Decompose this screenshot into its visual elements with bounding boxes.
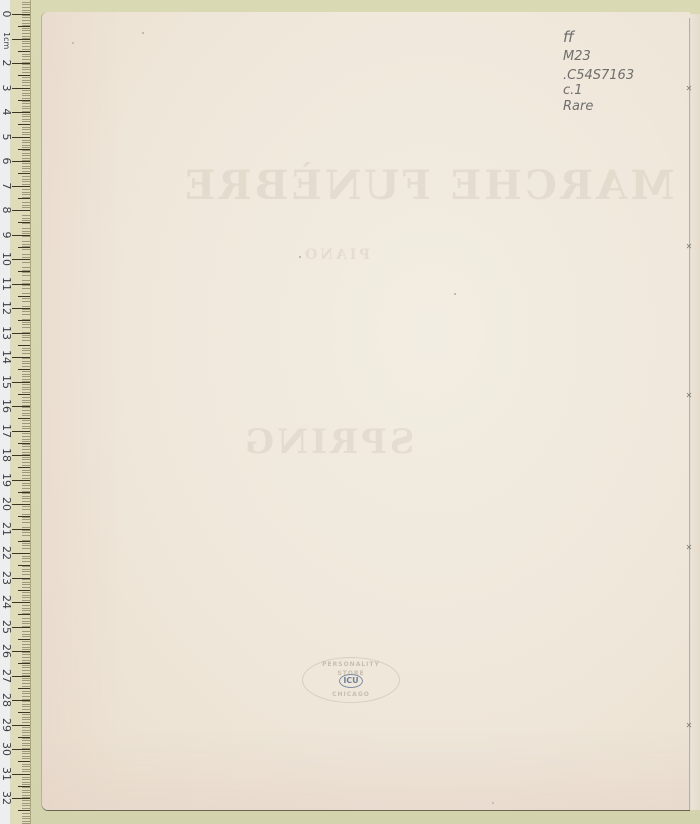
ruler-half-cm-tick [18, 590, 30, 591]
page-binding-edge [690, 14, 700, 810]
ruler-number: 27 [0, 669, 13, 683]
ruler-cm-tick [12, 88, 30, 89]
ruler-half-cm-tick [18, 541, 30, 542]
ruler-cm-tick [12, 382, 30, 383]
ruler-half-cm-tick [18, 639, 30, 640]
ruler-number: 25 [0, 620, 13, 634]
ruler-number: 14 [0, 350, 13, 364]
ruler-cm-tick [12, 578, 30, 579]
ruler-half-cm-tick [18, 271, 30, 272]
note-m23: M23 [563, 47, 634, 66]
ruler-number: 26 [0, 644, 13, 658]
stitch-mark: ✕ [684, 393, 694, 399]
show-through-subtitle: PIANO [302, 247, 370, 263]
ruler-number: 3 [0, 81, 13, 95]
ruler-half-cm-tick [18, 467, 30, 468]
ruler-number: 2 [0, 56, 13, 70]
ruler-cm-tick [12, 406, 30, 407]
stitch-mark: ✕ [684, 723, 694, 729]
ruler-half-cm-tick [18, 663, 30, 664]
show-through-composer: SPRING [242, 422, 414, 462]
ruler-half-cm-tick [18, 492, 30, 493]
ruler-cm-tick [12, 210, 30, 211]
ruler-cm-tick [12, 357, 30, 358]
ruler-cm-tick [12, 14, 30, 15]
handwritten-call-number: ff M23 .C54S7163 c.1 Rare [563, 28, 634, 116]
ruler-half-cm-tick [18, 688, 30, 689]
ruler-cm-tick [12, 235, 30, 236]
ruler-cm-tick [12, 676, 30, 677]
ruler-number: 17 [0, 424, 13, 438]
ruler-half-cm-tick [18, 786, 30, 787]
ruler-number: 31 [0, 767, 13, 781]
ruler-half-cm-tick [18, 761, 30, 762]
ruler-half-cm-tick [18, 443, 30, 444]
ruler-cm-tick [12, 431, 30, 432]
paper-speck [299, 256, 301, 258]
ruler-cm-tick [12, 774, 30, 775]
measurement-ruler: 01cm234567891011121314151617181920212223… [0, 0, 31, 824]
ruler-number: 22 [0, 546, 13, 560]
ruler-cm-tick [12, 112, 30, 113]
ruler-half-cm-tick [18, 222, 30, 223]
ruler-number: 13 [0, 326, 13, 340]
stitch-mark: ✕ [684, 244, 694, 250]
ruler-number: 4 [0, 105, 13, 119]
ruler-cm-tick [12, 455, 30, 456]
ruler-half-cm-tick [18, 810, 30, 811]
dealer-stamp: PERSONALITY STORE ICU CHICAGO [302, 657, 400, 703]
paper-speck [492, 802, 494, 804]
ruler-number: 32 [0, 791, 13, 805]
ruler-number: 10 [0, 252, 13, 266]
ruler-half-cm-tick [18, 394, 30, 395]
stamp-icu-badge: ICU [339, 674, 363, 688]
ruler-cm-tick [12, 627, 30, 628]
ruler-half-cm-tick [18, 320, 30, 321]
show-through-title: MARCHE FUNÈBRE [182, 162, 674, 209]
stitch-mark: ✕ [684, 86, 694, 92]
ruler-half-cm-tick [18, 345, 30, 346]
ruler-number: 5 [0, 130, 13, 144]
ruler-number: 6 [0, 154, 13, 168]
ruler-number: 11 [0, 277, 13, 291]
ruler-number: 29 [0, 718, 13, 732]
ruler-half-cm-tick [18, 75, 30, 76]
ruler-half-cm-tick [18, 198, 30, 199]
ruler-number: 0 [0, 7, 13, 21]
ruler-number: 9 [0, 228, 13, 242]
stamp-bottom-text: CHICAGO [303, 691, 399, 698]
stamp-top-text: PERSONALITY [303, 661, 399, 668]
ruler-cm-tick [12, 63, 30, 64]
note-ff: ff [563, 28, 634, 47]
paper-speck [72, 42, 74, 44]
ruler-cm-tick [12, 798, 30, 799]
ruler-number: 15 [0, 375, 13, 389]
ruler-cm-tick [12, 284, 30, 285]
ruler-cm-tick [12, 725, 30, 726]
binding-thread [689, 18, 691, 810]
ruler-cm-tick [12, 504, 30, 505]
ruler-number: 21 [0, 522, 13, 536]
ruler-number: 1cm [0, 32, 13, 46]
ruler-number: 18 [0, 448, 13, 462]
ruler-half-cm-tick [18, 737, 30, 738]
paper-speck [142, 32, 144, 34]
ruler-number: 8 [0, 203, 13, 217]
paper-speck [454, 293, 456, 295]
ruler-half-cm-tick [18, 418, 30, 419]
ruler-cm-tick [12, 602, 30, 603]
ruler-number: 19 [0, 473, 13, 487]
ruler-half-cm-tick [18, 516, 30, 517]
ruler-cm-tick [12, 480, 30, 481]
ruler-half-cm-tick [18, 51, 30, 52]
ruler-half-cm-tick [18, 173, 30, 174]
ruler-cm-tick [12, 186, 30, 187]
ruler-half-cm-tick [18, 712, 30, 713]
ruler-cm-tick [12, 39, 30, 40]
ruler-cm-tick [12, 700, 30, 701]
ruler-number: 23 [0, 571, 13, 585]
ruler-cm-tick [12, 651, 30, 652]
ruler-half-cm-tick [18, 565, 30, 566]
note-rare: Rare [563, 97, 634, 116]
ruler-cm-tick [12, 308, 30, 309]
ruler-cm-tick [12, 553, 30, 554]
ruler-number: 30 [0, 742, 13, 756]
ruler-number: 20 [0, 497, 13, 511]
ruler-number: 28 [0, 693, 13, 707]
note-copy: c.1 [563, 85, 634, 97]
ruler-half-cm-tick [18, 296, 30, 297]
ruler-number: 16 [0, 399, 13, 413]
ruler-half-cm-tick [18, 100, 30, 101]
ruler-number: 7 [0, 179, 13, 193]
ruler-cm-tick [12, 259, 30, 260]
ruler-cm-tick [12, 137, 30, 138]
ruler-cm-tick [12, 749, 30, 750]
ruler-number: 12 [0, 301, 13, 315]
ruler-half-cm-tick [18, 614, 30, 615]
stitch-mark: ✕ [684, 545, 694, 551]
ruler-number: 24 [0, 595, 13, 609]
ruler-cm-tick [12, 161, 30, 162]
ruler-half-cm-tick [18, 124, 30, 125]
ruler-cm-tick [12, 529, 30, 530]
ruler-half-cm-tick [18, 149, 30, 150]
ruler-half-cm-tick [18, 247, 30, 248]
ruler-half-cm-tick [18, 369, 30, 370]
ruler-half-cm-tick [18, 26, 30, 27]
ruler-cm-tick [12, 333, 30, 334]
